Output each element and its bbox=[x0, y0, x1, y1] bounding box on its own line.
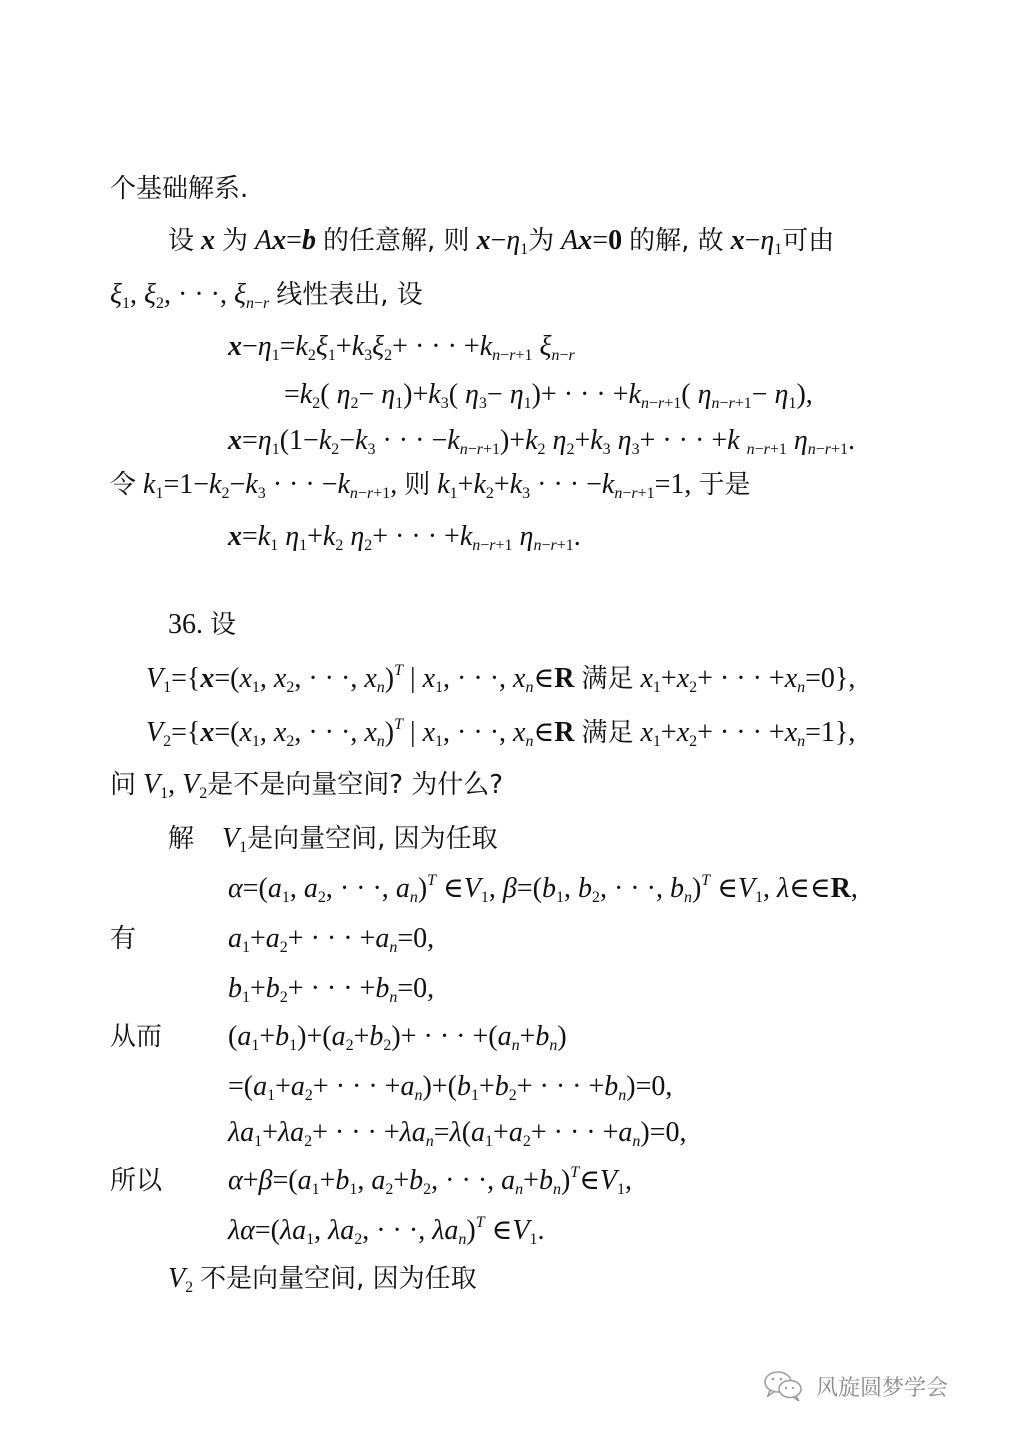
label-therefore: 所以 bbox=[110, 1164, 162, 1198]
equation: α+β=(a1+b1, a2+b2, · · ·, an+bn)T∈V1, bbox=[228, 1164, 632, 1198]
text-line: V2 不是向量空间, 因为任取 bbox=[168, 1262, 477, 1296]
watermark: 风旋圆梦学会 bbox=[762, 1368, 948, 1404]
equation: =k2( η2− η1)+k3( η3− η1)+ · · · +kn−r+1(… bbox=[284, 378, 813, 412]
equation-v1: V1={x=(x1, x2, · · ·, xn)T | x1, · · ·, … bbox=[146, 662, 855, 696]
equation-v2: V2={x=(x1, x2, · · ·, xn)T | x1, · · ·, … bbox=[146, 716, 855, 750]
equation: =(a1+a2+ · · · +an)+(b1+b2+ · · · +bn)=0… bbox=[228, 1070, 672, 1104]
paragraph-intro: 设 x 为 Ax=b 的任意解, 则 x−η1为 Ax=0 的解, 故 x−η1… bbox=[168, 224, 834, 258]
problem-heading: 36. 设 bbox=[168, 608, 236, 642]
equation: x−η1=k2ξ1+k3ξ2+ · · · +kn−r+1 ξn−r bbox=[228, 330, 575, 364]
wechat-icon bbox=[762, 1368, 806, 1404]
equation: b1+b2+ · · · +bn=0, bbox=[228, 972, 434, 1006]
label-have: 有 bbox=[110, 922, 136, 956]
label-hence: 从而 bbox=[110, 1020, 162, 1054]
equation: λa1+λa2+ · · · +λan=λ(a1+a2+ · · · +an)=… bbox=[228, 1116, 687, 1150]
text-line: ξ1, ξ2, · · ·, ξn−r 线性表出, 设 bbox=[110, 278, 423, 312]
equation: x=η1(1−k2−k3 · · · −kn−r+1)+k2 η2+k3 η3+… bbox=[228, 424, 855, 458]
watermark-text: 风旋圆梦学会 bbox=[816, 1371, 948, 1402]
text-line: 个基础解系. bbox=[110, 172, 248, 206]
text-line: 令 k1=1−k2−k3 · · · −kn−r+1, 则 k1+k2+k3 ·… bbox=[110, 468, 750, 502]
equation: a1+a2+ · · · +an=0, bbox=[228, 922, 434, 956]
equation: λα=(λa1, λa2, · · ·, λan)T ∈V1. bbox=[228, 1214, 544, 1248]
equation: α=(a1, a2, · · ·, an)T ∈V1, β=(b1, b2, ·… bbox=[228, 872, 858, 906]
equation: (a1+b1)+(a2+b2)+ · · · +(an+bn) bbox=[228, 1020, 567, 1054]
equation: x=k1 η1+k2 η2+ · · · +kn−r+1 ηn−r+1. bbox=[228, 520, 581, 554]
question-line: 问 V1, V2是不是向量空间? 为什么? bbox=[110, 768, 503, 802]
solution-line: 解 V1是向量空间, 因为任取 bbox=[168, 822, 498, 856]
